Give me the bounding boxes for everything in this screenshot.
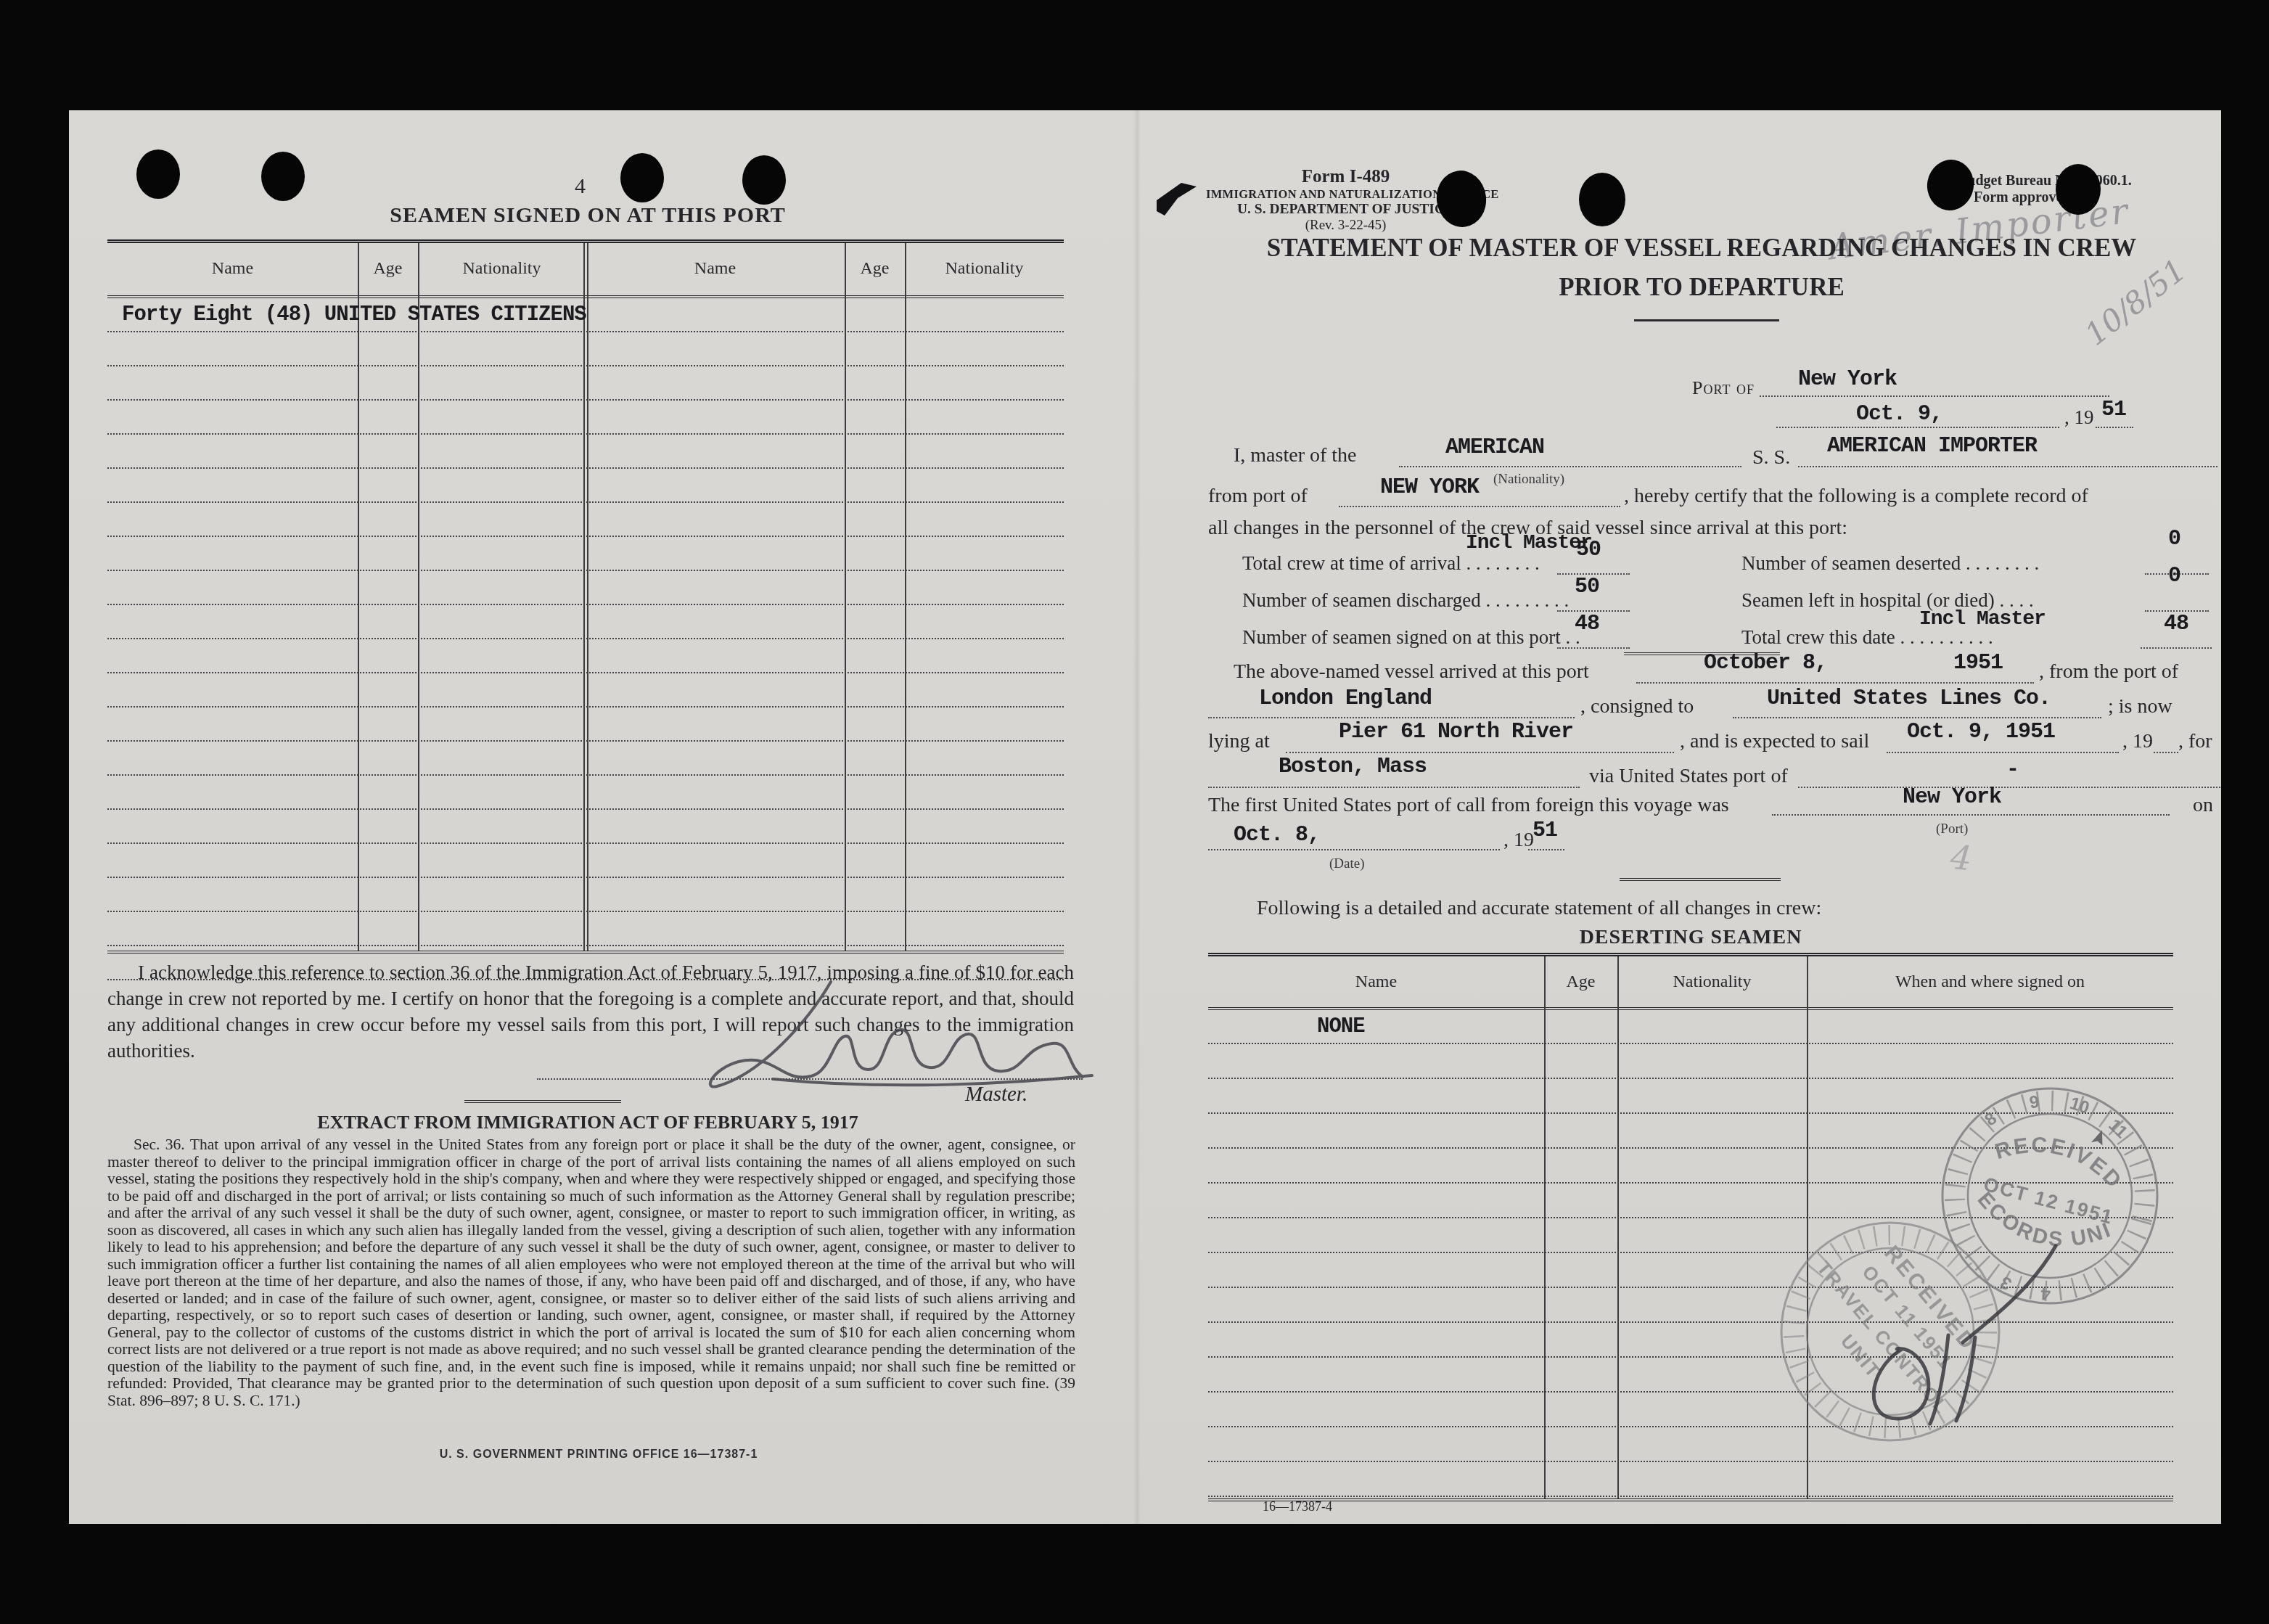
stat-label-signed-on: Number of seamen signed on at this port …	[1242, 626, 1580, 649]
lying-at-label: lying at	[1208, 730, 1270, 753]
on-text: on	[2193, 794, 2213, 817]
deserting-seamen-title: DESERTING SEAMEN	[1546, 926, 1836, 949]
table-row	[107, 503, 1064, 537]
punch-hole	[2056, 164, 2101, 215]
extract-heading: EXTRACT FROM IMMIGRATION ACT OF FEBRUARY…	[218, 1112, 958, 1133]
column-divider	[1544, 956, 1546, 1498]
pier-typed: Pier 61 North River	[1339, 720, 1573, 745]
via-value-typed: -	[2006, 758, 2019, 782]
first-port-year-line	[1528, 849, 1564, 850]
form-footer-number: 16—17387-4	[1263, 1499, 1332, 1514]
section-divider-line	[464, 1100, 621, 1103]
stat-label-deserted: Number of seamen deserted . . . . . . . …	[1741, 552, 2039, 575]
stat-label-discharged: Number of seamen discharged . . . . . . …	[1242, 589, 1569, 612]
consignee-line	[1733, 717, 2101, 718]
year-field-line	[2096, 427, 2133, 428]
following-statement: Following is a detailed and accurate sta…	[1257, 897, 1821, 920]
column-header-nationality-2: Nationality	[905, 259, 1064, 279]
year-prefix: , 19	[2064, 406, 2094, 429]
year-value-typed: 51	[2101, 398, 2126, 422]
column-header-nationality: Nationality	[1617, 972, 1807, 992]
column-header-name: Name	[1208, 972, 1544, 992]
master-caption: Master.	[965, 1083, 1027, 1107]
from-port-label: from port of	[1208, 485, 1308, 508]
typed-crew-entry: Forty Eight (48) UNITED STATES CITIZENS	[122, 303, 586, 327]
form-title-line2: PRIOR TO DEPARTURE	[1252, 273, 2151, 302]
seamen-signed-on-table: Name Age Nationality Name Age Nationalit…	[107, 239, 1064, 954]
stat-value-arrival: 50	[1576, 538, 1601, 562]
column-header-signed-on: When and where signed on	[1807, 972, 2173, 992]
center-crease	[1133, 110, 1141, 1524]
nationality-typed: AMERICAN	[1445, 435, 1544, 460]
port-field-line	[1760, 395, 2109, 397]
punch-hole	[261, 152, 305, 201]
title-underline	[1634, 319, 1779, 321]
table-row	[107, 673, 1064, 708]
first-port-text: The first United States port of call fro…	[1208, 794, 1729, 817]
certify-text: , hereby certify that the following is a…	[1624, 485, 2088, 508]
punch-hole	[620, 153, 664, 202]
master-signature	[675, 969, 1096, 1103]
pier-line	[1286, 752, 1674, 753]
column-divider	[845, 243, 846, 951]
from-port-typed: NEW YORK	[1380, 475, 1479, 500]
nationality-field-line	[1399, 466, 1741, 467]
sail-date-typed: Oct. 9, 1951	[1907, 720, 2055, 745]
for-text: , for	[2178, 730, 2212, 753]
stat-value-deserted: 0	[2168, 527, 2180, 551]
sail-date-line	[1887, 752, 2119, 753]
revision-date: (Rev. 3-22-45)	[1206, 218, 1485, 234]
first-port-year-typed: 51	[1533, 819, 1557, 843]
column-header-nationality: Nationality	[418, 259, 586, 279]
column-divider	[358, 243, 359, 951]
table-row	[107, 537, 1064, 571]
table-row	[107, 844, 1064, 878]
table-row	[107, 878, 1064, 912]
column-header-age: Age	[1544, 972, 1617, 992]
port-value-typed: New York	[1798, 367, 1897, 392]
stat-value-total-crew: 48	[2164, 612, 2188, 636]
stat-value-discharged: 50	[1575, 575, 1599, 599]
vessel-field-line	[1798, 466, 2217, 467]
table-row	[107, 332, 1064, 366]
from-port-field-line	[1339, 506, 1620, 507]
first-port-typed: New York	[1903, 785, 2001, 810]
ss-label: S. S.	[1752, 446, 1790, 469]
column-divider	[1617, 956, 1619, 1498]
dial-number: 10	[2067, 1094, 2092, 1118]
date-value-typed: Oct. 9,	[1856, 402, 1942, 427]
is-now-text: ; is now	[2108, 695, 2172, 718]
destination-typed: Boston, Mass	[1279, 755, 1427, 779]
column-header-name: Name	[107, 259, 358, 279]
pencil-page-mark: 4	[1949, 837, 1974, 878]
table-header-row: Name Age Nationality When and where sign…	[1208, 956, 2173, 1010]
table-row	[107, 469, 1064, 503]
typed-none-entry: NONE	[1317, 1014, 1365, 1038]
stat-label-arrival: Total crew at time of arrival . . . . . …	[1242, 552, 1540, 575]
table-row	[107, 605, 1064, 639]
destination-line	[1208, 787, 1580, 788]
vessel-name-typed: AMERICAN IMPORTER	[1827, 434, 2037, 459]
arrival-text-2: , from the port of	[2039, 660, 2178, 684]
column-divider	[905, 243, 906, 951]
consignee-typed: United States Lines Co.	[1767, 686, 2051, 711]
first-port-date-line	[1208, 849, 1500, 850]
arrow-mark-icon	[1155, 181, 1199, 221]
section-divider-line	[1620, 878, 1781, 881]
first-port-line	[1772, 814, 2170, 816]
table-row	[107, 742, 1064, 776]
arrival-text-1: The above-named vessel arrived at this p…	[1234, 660, 1589, 684]
table-row	[107, 366, 1064, 401]
date-caption: (Date)	[1329, 856, 1365, 872]
date-field-line	[1776, 427, 2059, 428]
table-row	[107, 776, 1064, 810]
arrival-field-line	[1636, 682, 2034, 684]
inspector-initials	[1829, 1226, 2141, 1444]
stat-note-arrival: Incl Master	[1466, 532, 1592, 554]
via-line	[1798, 787, 2220, 788]
table-row	[107, 708, 1064, 742]
gpo-footer: U. S. GOVERNMENT PRINTING OFFICE 16—1738…	[327, 1448, 871, 1461]
table-row	[107, 639, 1064, 673]
punch-hole	[136, 149, 180, 199]
sail-year-line	[2154, 752, 2178, 753]
punch-hole	[742, 155, 786, 205]
scanned-document: 4 SEAMEN SIGNED ON AT THIS PORT Name Age…	[0, 0, 2269, 1624]
first-port-date-typed: Oct. 8,	[1234, 823, 1320, 848]
foreign-port-line	[1208, 717, 1575, 718]
column-header-name-2: Name	[586, 259, 845, 279]
port-caption: (Port)	[1936, 821, 1968, 837]
table-row	[107, 912, 1064, 946]
nationality-caption: (Nationality)	[1493, 472, 1564, 488]
column-divider	[418, 243, 419, 951]
stat-line	[1557, 647, 1630, 649]
table-row	[107, 435, 1064, 469]
table-header-row: Name Age Nationality Name Age Nationalit…	[107, 243, 1064, 298]
expected-sail-label: , and is expected to sail	[1680, 730, 1869, 753]
stat-line	[2141, 647, 2212, 649]
column-divider-double	[587, 243, 588, 951]
consigned-label: , consigned to	[1580, 695, 1694, 718]
column-header-age: Age	[358, 259, 418, 279]
form-title-line1: STATEMENT OF MASTER OF VESSEL REGARDING …	[1252, 234, 2151, 263]
via-label: via United States port of	[1589, 765, 1788, 788]
extract-body: Sec. 36. That upon arrival of any vessel…	[107, 1136, 1075, 1409]
left-table-title: SEAMEN SIGNED ON AT THIS PORT	[334, 203, 842, 228]
table-row	[107, 401, 1064, 435]
master-prefix: I, master of the	[1234, 444, 1357, 467]
punch-hole	[1579, 173, 1625, 226]
column-header-age-2: Age	[845, 259, 905, 279]
table-row	[107, 810, 1064, 844]
arrival-year-typed: 1951	[1953, 651, 2003, 676]
dial-number: 8	[1982, 1109, 2001, 1131]
stat-note-total-crew: Incl Master	[1919, 608, 2046, 631]
sail-year-prefix: , 19	[2122, 730, 2153, 753]
budget-bureau-number: Budget Bureau No. -R060.1.	[1958, 173, 2132, 189]
stat-value-signed-on: 48	[1575, 612, 1599, 636]
dial-number: 9	[2028, 1092, 2040, 1113]
column-divider-double	[583, 243, 585, 951]
stat-value-hospital: 0	[2168, 564, 2180, 589]
table-body	[107, 298, 1064, 980]
page-number: 4	[575, 174, 586, 199]
table-row	[107, 571, 1064, 605]
foreign-port-typed: London England	[1259, 686, 1432, 711]
table-row	[1208, 1462, 2173, 1497]
arrival-date-typed: October 8,	[1704, 651, 1827, 676]
port-of-label: Port of	[1692, 377, 1755, 399]
signature-line	[537, 1078, 1083, 1080]
